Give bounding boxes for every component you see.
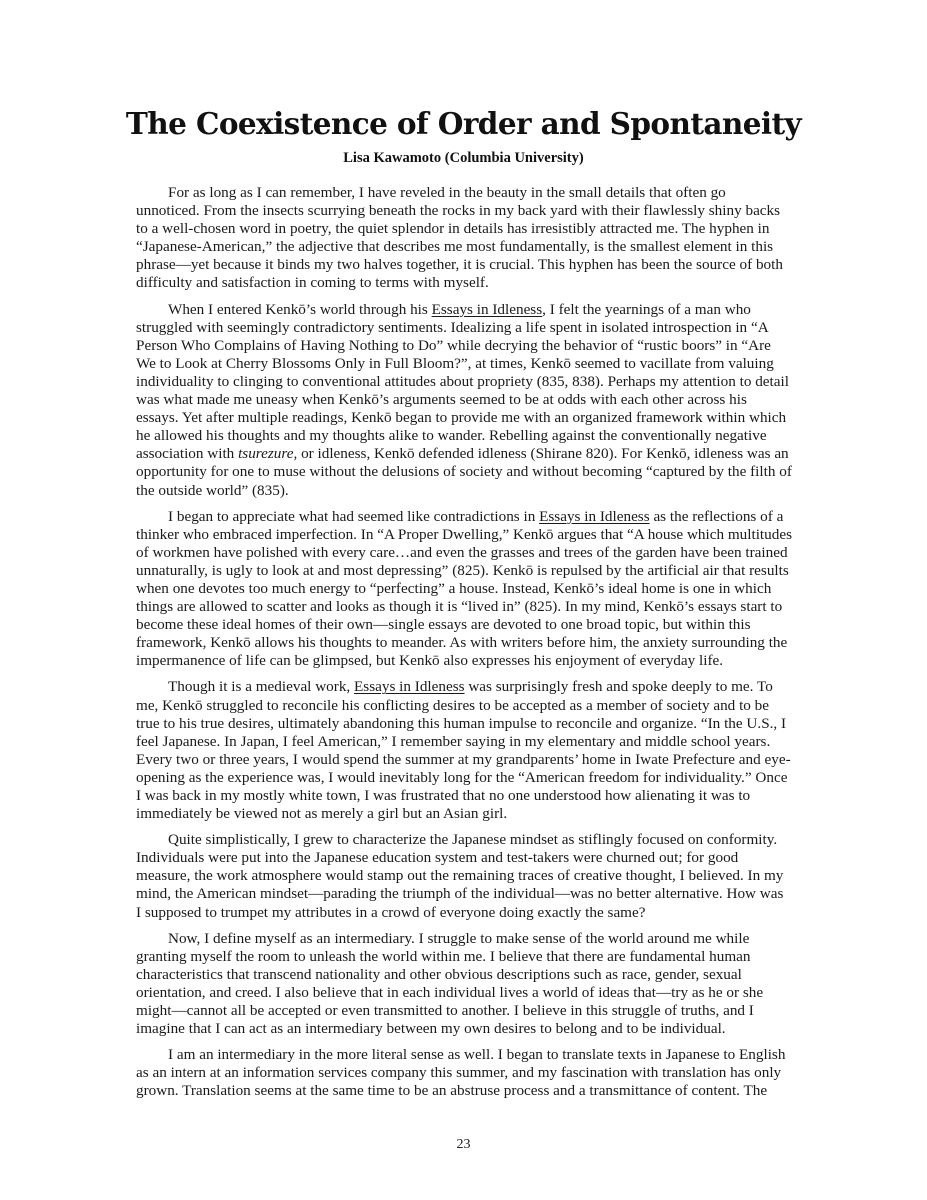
text-line: become these ideal homes of their own—si… <box>136 616 795 634</box>
text-line: impermanence of life can be glimpsed, bu… <box>136 652 795 670</box>
author-byline: Lisa Kawamoto (Columbia University) <box>0 149 927 167</box>
page-title: The Coexistence of Order and Spontaneity <box>0 104 927 144</box>
text-run: Person Who Complains of Having Nothing t… <box>136 337 771 354</box>
text-run: thinker who embraced imperfection. In “A… <box>136 526 792 543</box>
text-run: become these ideal homes of their own—si… <box>136 616 751 633</box>
text-line: association with tsurezure, or idleness,… <box>136 445 795 463</box>
text-run: phrase—yet because it binds my two halve… <box>136 256 783 273</box>
text-line: he allowed his thoughts and my thoughts … <box>136 427 795 445</box>
text-line: framework, Kenkō allows his thoughts to … <box>136 634 795 652</box>
text-line: characteristics that transcend nationali… <box>136 966 795 984</box>
paragraph-3: I began to appreciate what had seemed li… <box>136 508 795 671</box>
text-run: , or idleness, Kenkō defended idleness (… <box>293 445 788 462</box>
text-run: I supposed to trumpet my attributes in a… <box>136 904 645 921</box>
text-run: characteristics that transcend nationali… <box>136 966 742 983</box>
text-line: was what made me uneasy when Kenkō’s arg… <box>136 391 795 409</box>
text-run: Individuals were put into the Japanese e… <box>136 849 738 866</box>
text-line: to a well-chosen word in poetry, the qui… <box>136 220 795 238</box>
text-line: of workmen have polished with every care… <box>136 544 795 562</box>
text-run: “Japanese-American,” the adjective that … <box>136 238 773 255</box>
text-line: I am an intermediary in the more literal… <box>136 1046 795 1064</box>
text-run: mind, the American mindset—parading the … <box>136 885 783 902</box>
paragraph-7: I am an intermediary in the more literal… <box>136 1046 795 1100</box>
paragraph-2: When I entered Kenkō’s world through his… <box>136 301 795 500</box>
text-run: impermanence of life can be glimpsed, bu… <box>136 652 723 669</box>
text-line: phrase—yet because it binds my two halve… <box>136 256 795 274</box>
text-line: mind, the American mindset—parading the … <box>136 885 795 903</box>
text-run: I was back in my mostly white town, I wa… <box>136 787 750 804</box>
text-line: feel Japanese. In Japan, I feel American… <box>136 733 795 751</box>
text-line: Every two or three years, I would spend … <box>136 751 795 769</box>
text-run: I am an intermediary in the more literal… <box>168 1046 785 1063</box>
text-line: when one devotes too much energy to “per… <box>136 580 795 598</box>
text-run: unnaturally, is ugly to look at and most… <box>136 562 789 579</box>
text-run: For as long as I can remember, I have re… <box>168 184 726 201</box>
text-run: measure, the work atmosphere would stamp… <box>136 867 783 884</box>
text-run: opening as the experience was, I would i… <box>136 769 787 786</box>
text-line: orientation, and creed. I also believe t… <box>136 984 795 1002</box>
text-run: Though it is a medieval work, <box>168 678 354 695</box>
text-line: might—cannot all be accepted or even tra… <box>136 1002 795 1020</box>
text-line: I was back in my mostly white town, I wa… <box>136 787 795 805</box>
text-line: individuality to clinging to conventiona… <box>136 373 795 391</box>
text-line: grown. Translation seems at the same tim… <box>136 1082 795 1100</box>
text-line: Though it is a medieval work, Essays in … <box>136 678 795 696</box>
text-run: essays. Yet after multiple readings, Ken… <box>136 409 786 426</box>
page-number: 23 <box>0 1137 927 1153</box>
text-run: Quite simplistically, I grew to characte… <box>168 831 777 848</box>
text-run: as the reflections of a <box>650 508 784 525</box>
text-line: “Japanese-American,” the adjective that … <box>136 238 795 256</box>
text-run: orientation, and creed. I also believe t… <box>136 984 763 1001</box>
text-run: grown. Translation seems at the same tim… <box>136 1082 767 1099</box>
text-run: the outside world” (835). <box>136 482 289 499</box>
text-line: For as long as I can remember, I have re… <box>136 184 795 202</box>
text-line: thinker who embraced imperfection. In “A… <box>136 526 795 544</box>
paragraph-1: For as long as I can remember, I have re… <box>136 184 795 293</box>
italic-term: tsurezure <box>238 445 293 462</box>
text-run: Now, I define myself as an intermediary.… <box>168 930 749 947</box>
text-run: he allowed his thoughts and my thoughts … <box>136 427 767 444</box>
text-line: the outside world” (835). <box>136 482 795 500</box>
book-title-underlined: Essays in Idleness <box>354 678 465 695</box>
text-run: granting myself the room to unleash the … <box>136 948 751 965</box>
text-run: feel Japanese. In Japan, I feel American… <box>136 733 770 750</box>
text-run: individuality to clinging to conventiona… <box>136 373 789 390</box>
text-run: difficulty and satisfaction in coming to… <box>136 274 489 291</box>
text-run: Every two or three years, I would spend … <box>136 751 791 768</box>
text-line: essays. Yet after multiple readings, Ken… <box>136 409 795 427</box>
text-run: unnoticed. From the insects scurrying be… <box>136 202 780 219</box>
text-run: when one devotes too much energy to “per… <box>136 580 771 597</box>
text-run: When I entered Kenkō’s world through his <box>168 301 432 318</box>
text-line: unnaturally, is ugly to look at and most… <box>136 562 795 580</box>
text-line: unnoticed. From the insects scurrying be… <box>136 202 795 220</box>
text-run: was what made me uneasy when Kenkō’s arg… <box>136 391 747 408</box>
text-line: opportunity for one to muse without the … <box>136 463 795 481</box>
text-line: Now, I define myself as an intermediary.… <box>136 930 795 948</box>
text-run: true to his true desires, ultimately aba… <box>136 715 786 732</box>
text-line: imagine that I can act as an intermediar… <box>136 1020 795 1038</box>
text-line: Individuals were put into the Japanese e… <box>136 849 795 867</box>
paragraph-4: Though it is a medieval work, Essays in … <box>136 678 795 823</box>
text-run: We to Look at Cherry Blossoms Only in Fu… <box>136 355 774 372</box>
text-line: I began to appreciate what had seemed li… <box>136 508 795 526</box>
essay-body: For as long as I can remember, I have re… <box>136 184 795 1109</box>
text-line: opening as the experience was, I would i… <box>136 769 795 787</box>
text-line: When I entered Kenkō’s world through his… <box>136 301 795 319</box>
text-run: struggled with seemingly contradictory s… <box>136 319 769 336</box>
text-run: opportunity for one to muse without the … <box>136 463 792 480</box>
text-run: framework, Kenkō allows his thoughts to … <box>136 634 787 651</box>
text-line: true to his true desires, ultimately aba… <box>136 715 795 733</box>
text-line: as an intern at an information services … <box>136 1064 795 1082</box>
text-line: Quite simplistically, I grew to characte… <box>136 831 795 849</box>
text-run: me, Kenkō struggled to reconcile his con… <box>136 697 769 714</box>
document-page: The Coexistence of Order and Spontaneity… <box>0 0 927 1200</box>
text-line: measure, the work atmosphere would stamp… <box>136 867 795 885</box>
text-run: immediately be viewed not as merely a gi… <box>136 805 507 822</box>
text-line: struggled with seemingly contradictory s… <box>136 319 795 337</box>
text-run: to a well-chosen word in poetry, the qui… <box>136 220 770 237</box>
text-line: Person Who Complains of Having Nothing t… <box>136 337 795 355</box>
text-run: of workmen have polished with every care… <box>136 544 788 561</box>
book-title-underlined: Essays in Idleness <box>539 508 650 525</box>
paragraph-6: Now, I define myself as an intermediary.… <box>136 930 795 1039</box>
text-line: We to Look at Cherry Blossoms Only in Fu… <box>136 355 795 373</box>
text-run: I began to appreciate what had seemed li… <box>168 508 539 525</box>
text-line: difficulty and satisfaction in coming to… <box>136 274 795 292</box>
text-line: granting myself the room to unleash the … <box>136 948 795 966</box>
text-run: association with <box>136 445 238 462</box>
text-run: things are allowed to scatter and looks … <box>136 598 782 615</box>
text-run: imagine that I can act as an intermediar… <box>136 1020 726 1037</box>
book-title-underlined: Essays in Idleness <box>432 301 543 318</box>
text-line: things are allowed to scatter and looks … <box>136 598 795 616</box>
text-line: immediately be viewed not as merely a gi… <box>136 805 795 823</box>
text-line: me, Kenkō struggled to reconcile his con… <box>136 697 795 715</box>
text-line: I supposed to trumpet my attributes in a… <box>136 904 795 922</box>
text-run: was surprisingly fresh and spoke deeply … <box>465 678 773 695</box>
text-run: , I felt the yearnings of a man who <box>542 301 751 318</box>
paragraph-5: Quite simplistically, I grew to characte… <box>136 831 795 921</box>
text-run: as an intern at an information services … <box>136 1064 781 1081</box>
text-run: might—cannot all be accepted or even tra… <box>136 1002 754 1019</box>
